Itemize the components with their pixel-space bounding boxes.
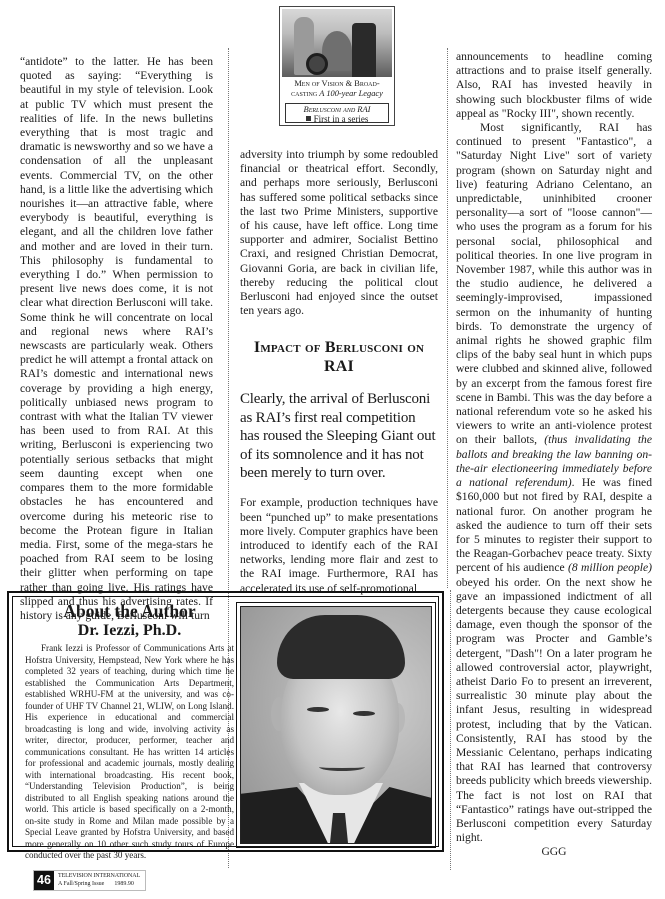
article-paragraph: Most significantly, RAI has continued to… bbox=[456, 121, 652, 845]
author-bio: Frank Iezzi is Professor of Communicatio… bbox=[25, 643, 234, 862]
series-subtitle: First in a series bbox=[314, 114, 369, 124]
article-paragraph: adversity into triumph by some redoubled… bbox=[240, 148, 438, 318]
author-text: About the Author Dr. Iezzi, Ph.D. Frank … bbox=[25, 601, 234, 862]
publication-name: TELEVISION INTERNATIONAL bbox=[58, 873, 140, 880]
article-column-3: announcements to headline coming attract… bbox=[456, 50, 652, 860]
article-signature: GGG bbox=[456, 845, 652, 859]
page-number: 46 bbox=[34, 871, 54, 890]
series-caption-line2: casting bbox=[291, 89, 319, 98]
issue-year: 1989.90 bbox=[114, 881, 134, 887]
article-paragraph: “antidote” to the latter. He has been qu… bbox=[20, 55, 213, 623]
series-caption-legacy: A 100-year Legacy bbox=[319, 89, 383, 98]
author-photo bbox=[240, 606, 432, 844]
section-heading: Impact of Berlusconi on RAI bbox=[240, 338, 438, 376]
series-header-box: Men of Vision & Broad- casting A 100-yea… bbox=[279, 6, 395, 126]
about-author-box: About the Author Dr. Iezzi, Ph.D. Frank … bbox=[7, 591, 444, 852]
article-column-1: “antidote” to the latter. He has been qu… bbox=[20, 55, 213, 623]
series-photo bbox=[282, 9, 392, 77]
series-title-box: Berlusconi and RAI First in a series bbox=[285, 103, 389, 123]
author-name: Dr. Iezzi, Ph.D. bbox=[25, 621, 234, 641]
issue-line: A Fall/Spring Issue1989.90 bbox=[58, 881, 134, 888]
pull-quote: Clearly, the arrival of Berlusconi as RA… bbox=[240, 390, 438, 482]
series-title: Berlusconi and RAI bbox=[286, 105, 388, 114]
article-paragraph: announcements to headline coming attract… bbox=[456, 50, 652, 121]
article-paragraph: For example, production techniques have … bbox=[240, 496, 438, 595]
square-bullet-icon bbox=[306, 116, 311, 121]
article-column-2: adversity into triumph by some redoubled… bbox=[240, 148, 438, 596]
page-footer: 46 TELEVISION INTERNATIONAL A Fall/Sprin… bbox=[33, 870, 146, 891]
series-caption-line1: Men of Vision & Broad- bbox=[282, 79, 392, 89]
author-heading: About the Author bbox=[25, 601, 234, 621]
issue-name: A Fall/Spring Issue bbox=[58, 881, 104, 887]
italic-aside: (8 million people) bbox=[568, 561, 652, 574]
series-caption: Men of Vision & Broad- casting A 100-yea… bbox=[282, 79, 392, 99]
column-rule-right-lower bbox=[450, 590, 451, 870]
column-rule-right bbox=[447, 48, 448, 588]
author-photo-frame bbox=[236, 602, 436, 848]
